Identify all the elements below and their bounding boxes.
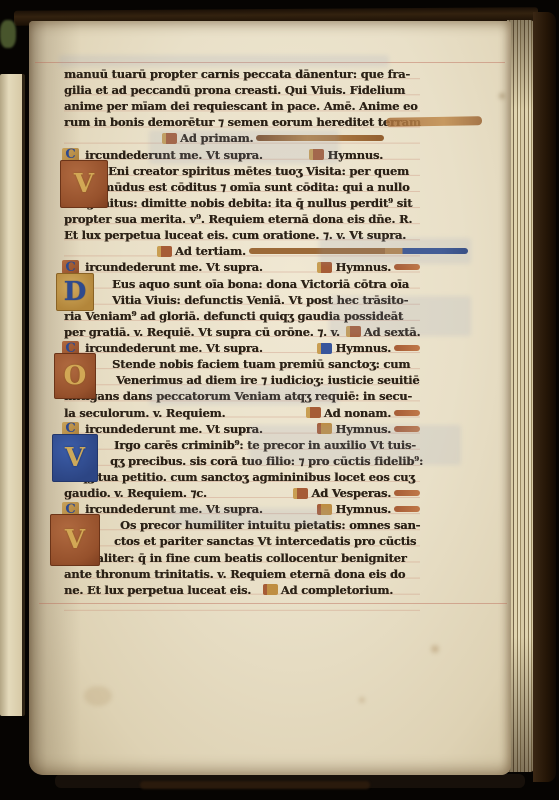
line-text: Ad tertiam. — [175, 244, 246, 258]
line-text: Eus aquo sunt oīa bona: dona Victoriā cō… — [112, 277, 409, 291]
paraph-mark — [157, 246, 172, 257]
text-line: est genitus: dimitte nobis debita: ita q… — [64, 195, 420, 211]
paraph-mark — [293, 488, 308, 499]
ochre-line-filler — [386, 116, 482, 127]
moss-stain — [0, 20, 16, 48]
text-line: gaudio. v. Requiem. ⁊c.Ad Vesperas. — [64, 485, 420, 501]
text-line: Eni creator spiritus mētes tuoʒ Visita: … — [64, 163, 420, 179]
line-text: Hymnus. — [335, 502, 391, 516]
line-text: mūdus est cōditus ⁊ omīa sunt cōdita: qu… — [102, 180, 409, 194]
manuscript-photo: manuū tuarū propter carnis peccata dānen… — [0, 0, 559, 800]
book-cover-edge — [533, 12, 556, 782]
line-text: Hymnus. — [335, 341, 391, 355]
text-line: rum in bonis demorētur ⁊ semen eorum her… — [64, 114, 420, 130]
line-text: Eni creator spiritus mētes tuoʒ Visita: … — [108, 164, 409, 178]
ink-bleedthrough — [149, 130, 339, 164]
line-filler — [394, 345, 420, 351]
line-text: gilia et ad peccandū prona creasti. Qui … — [64, 83, 405, 97]
ruling-line — [39, 603, 507, 604]
initial-letter: V — [74, 171, 94, 197]
text-line: anime per mīam dei requiescant in pace. … — [64, 98, 420, 114]
text-line: ante thronum trinitatis. v. Requiem eter… — [64, 566, 420, 582]
line-text: ante thronum trinitatis. v. Requiem eter… — [64, 567, 405, 581]
line-text: anime per mīam dei requiescant in pace. … — [64, 99, 418, 113]
line-text: ctos et pariter sanctas Vt intercedatis … — [114, 534, 416, 548]
ink-bleedthrough — [149, 385, 339, 405]
initial-letter: O — [64, 363, 87, 389]
line-filler — [394, 410, 420, 416]
ink-bleedthrough — [329, 296, 471, 336]
line-filler — [394, 264, 420, 270]
text-line: reis taliter: q̄ in fine cum beatis coll… — [64, 550, 420, 566]
illuminated-initial-v-vos: V — [50, 514, 100, 566]
text-line: ctos et pariter sanctas Vt intercedatis … — [64, 533, 420, 549]
parchment-stain — [431, 645, 439, 653]
initial-letter: V — [65, 445, 85, 471]
line-text: la seculorum. v. Requiem. — [64, 406, 225, 420]
paraph-mark — [306, 407, 321, 418]
parchment-stain — [84, 686, 112, 706]
paraph-mark — [317, 343, 332, 354]
line-filler — [394, 506, 420, 512]
line-text: Ad Vesperas. — [311, 486, 391, 500]
initial-letter: V — [65, 527, 85, 553]
parchment-stain — [499, 93, 505, 99]
illuminated-initial-d-deus: D — [56, 273, 94, 311]
facing-page-edge — [0, 74, 25, 716]
text-line: mūdus est cōditus ⁊ omīa sunt cōdita: qu… — [64, 179, 420, 195]
illuminated-initial-v-veni: V — [60, 160, 108, 208]
line-text: est genitus: dimitte nobis debita: ita q… — [64, 196, 412, 210]
text-line: manuū tuarū propter carnis peccata dānen… — [64, 66, 420, 82]
line-text: ircundederunt me. Vt supra. — [85, 422, 263, 436]
text-line: ne. Et lux perpetua luceat eis.Ad comple… — [64, 582, 420, 598]
line-text: gaudio. v. Requiem. ⁊c. — [64, 486, 207, 500]
line-text: manuū tuarū propter carnis peccata dānen… — [64, 67, 410, 81]
illuminated-initial-v-virgo: V — [52, 434, 98, 482]
ink-bleedthrough — [59, 55, 389, 67]
text-line: sitqʒ tua petitio. cum sanctoʒ agmininib… — [64, 469, 420, 485]
line-text: ircundederunt me. Vt supra. — [85, 341, 263, 355]
parchment-stain — [359, 697, 365, 703]
line-text: Ad completorium. — [281, 583, 393, 597]
paraph-mark — [263, 584, 278, 595]
text-line: Eus aquo sunt oīa bona: dona Victoriā cō… — [64, 276, 420, 292]
line-text: per gratiā. v. Requiē. Vt supra cū orōne… — [64, 325, 340, 339]
line-text: reis taliter: q̄ in fine cum beatis coll… — [64, 551, 407, 565]
text-line: Circundederunt me. Vt supra.Hymnus. — [64, 340, 420, 356]
illuminated-initial-o-ostende: O — [54, 353, 96, 399]
line-text: propter sua merita. v⁹. Requiem eternā d… — [64, 212, 412, 226]
line-filler — [394, 490, 420, 496]
text-line: Stende nobis faciem tuam premiū sanctoʒ:… — [64, 356, 420, 372]
photo-root: { "palette": { "ink": "#2c2217", "rubric… — [0, 0, 559, 800]
page-stack-edges — [507, 20, 534, 772]
manuscript-page: manuū tuarū propter carnis peccata dānen… — [29, 21, 511, 775]
ink-bleedthrough — [319, 238, 471, 264]
line-text: Stende nobis faciem tuam premiū sanctoʒ:… — [112, 357, 410, 371]
ink-bleedthrough — [169, 508, 331, 526]
text-line: gilia et ad peccandū prona creasti. Qui … — [64, 82, 420, 98]
ink-bleedthrough — [249, 425, 461, 465]
text-line: la seculorum. v. Requiem.Ad nonam. — [64, 405, 420, 421]
bottom-smudge — [140, 781, 370, 789]
initial-letter: D — [64, 279, 87, 305]
text-line: propter sua merita. v⁹. Requiem eternā d… — [64, 211, 420, 227]
line-text: sitqʒ tua petitio. cum sanctoʒ agmininib… — [64, 470, 415, 484]
line-text: rum in bonis demorētur ⁊ semen eorum her… — [64, 115, 421, 129]
line-text: ne. Et lux perpetua luceat eis. — [64, 583, 251, 597]
line-text: Ad nonam. — [324, 406, 391, 420]
line-text: ircundederunt me. Vt supra. — [85, 260, 263, 274]
